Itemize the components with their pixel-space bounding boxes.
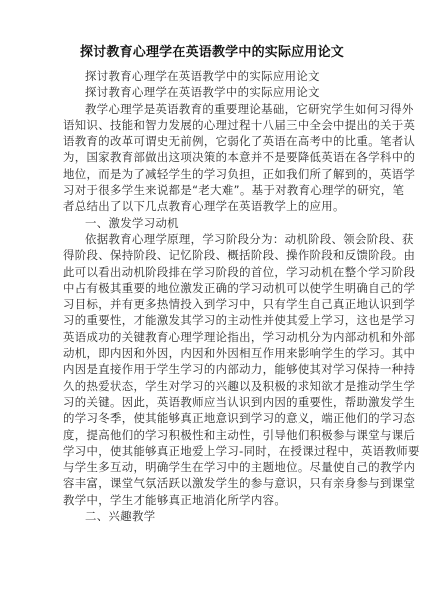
paragraph-line: 此可以看出动机阶段排在学习阶段的首位，学习动机在整个学习阶段 [63,264,361,280]
paragraph-line: 为，国家教育部做出这项决策的本意并不是要降低英语在各学科中的 [63,149,361,165]
document-page: 探讨教育心理学在英语教学中的实际应用论文 探讨教育心理学在英语教学中的实际应用论… [0,0,424,600]
paragraph-line: 习目标，并有更多热情投入到学习中，只有学生自己真正地认识到学 [63,296,361,312]
paragraph-line: 习对于很多学生来说都是“老大难”。基于对教育心理学的研究，笔 [63,182,361,198]
paragraph-line: 度，提高他们的学习积极性和主动性，引导他们积极参与课堂与课后 [63,427,361,443]
section-heading: 一、激发学习动机 [63,215,361,231]
paragraph-line: 者总结出了以下几点教育心理学在英语教学上的应用。 [63,198,361,214]
paragraph-line: 得阶段、保持阶段、记忆阶段、概括阶段、操作阶段和反馈阶段。由 [63,247,361,263]
document-title: 探讨教育心理学在英语教学中的实际应用论文 [0,41,424,60]
paragraph-line: 内因是直接作用于学生学习的内部动力，能够使其对学习保持一种持 [63,361,361,377]
paragraph-line: 久的热爱状态，学生对学习的兴趣以及积极的求知欲才是推动学生学 [63,378,361,394]
paragraph-line: 容丰富，课堂气氛活跃以激发学生的参与意识，只有亲身参与到课堂 [63,475,361,491]
paragraph-line: 依据教育心理学原理，学习阶段分为：动机阶段、领会阶段、获 [63,231,361,247]
paragraph-line: 的学习冬季，使其能够真正地意识到学习的意义，端正他们的学习态 [63,410,361,426]
paragraph-line: 与学生多互动，明确学生在学习中的主题地位。尽量使自己的教学内 [63,459,361,475]
paragraph-line: 语知识、技能和智力发展的心理过程十八届三中全会中提出的关于英 [63,117,361,133]
paragraph-line: 中占有极其重要的地位激发正确的学习动机可以使学生明确自己的学 [63,280,361,296]
paragraph-line: 英语成功的关键教育心理学理论指出，学习动机分为内部动机和外部 [63,329,361,345]
paragraph-line: 学习中，使其能够真正地爱上学习-同时，在授课过程中，英语教师要 [63,443,361,459]
subtitle-line: 探讨教育心理学在英语教学中的实际应用论文 [63,68,361,84]
subtitle-line: 探讨教育心理学在英语教学中的实际应用论文 [63,84,361,100]
paragraph-line: 教学心理学是英语教育的重要理论基础，它研究学生如何习得外 [63,101,361,117]
paragraph-line: 习的重要性，才能激发其学习的主动性并使其爱上学习，这也是学习 [63,312,361,328]
document-body: 探讨教育心理学在英语教学中的实际应用论文 探讨教育心理学在英语教学中的实际应用论… [63,68,361,524]
section-heading: 二、兴趣教学 [63,508,361,524]
paragraph-line: 习的关键。因此，英语教师应当认识到内因的重要性，帮助激发学生 [63,394,361,410]
paragraph-line: 语教育的改革可谓史无前例，它弱化了英语在高考中的比重。笔者认 [63,133,361,149]
paragraph-line: 动机，即内因和外因，内因和外因相互作用来影响学生的学习。其中 [63,345,361,361]
paragraph-line: 教学中，学生才能够真正地消化所学内容。 [63,492,361,508]
paragraph-line: 地位，而是为了减轻学生的学习负担，正如我们所了解到的，英语学 [63,166,361,182]
